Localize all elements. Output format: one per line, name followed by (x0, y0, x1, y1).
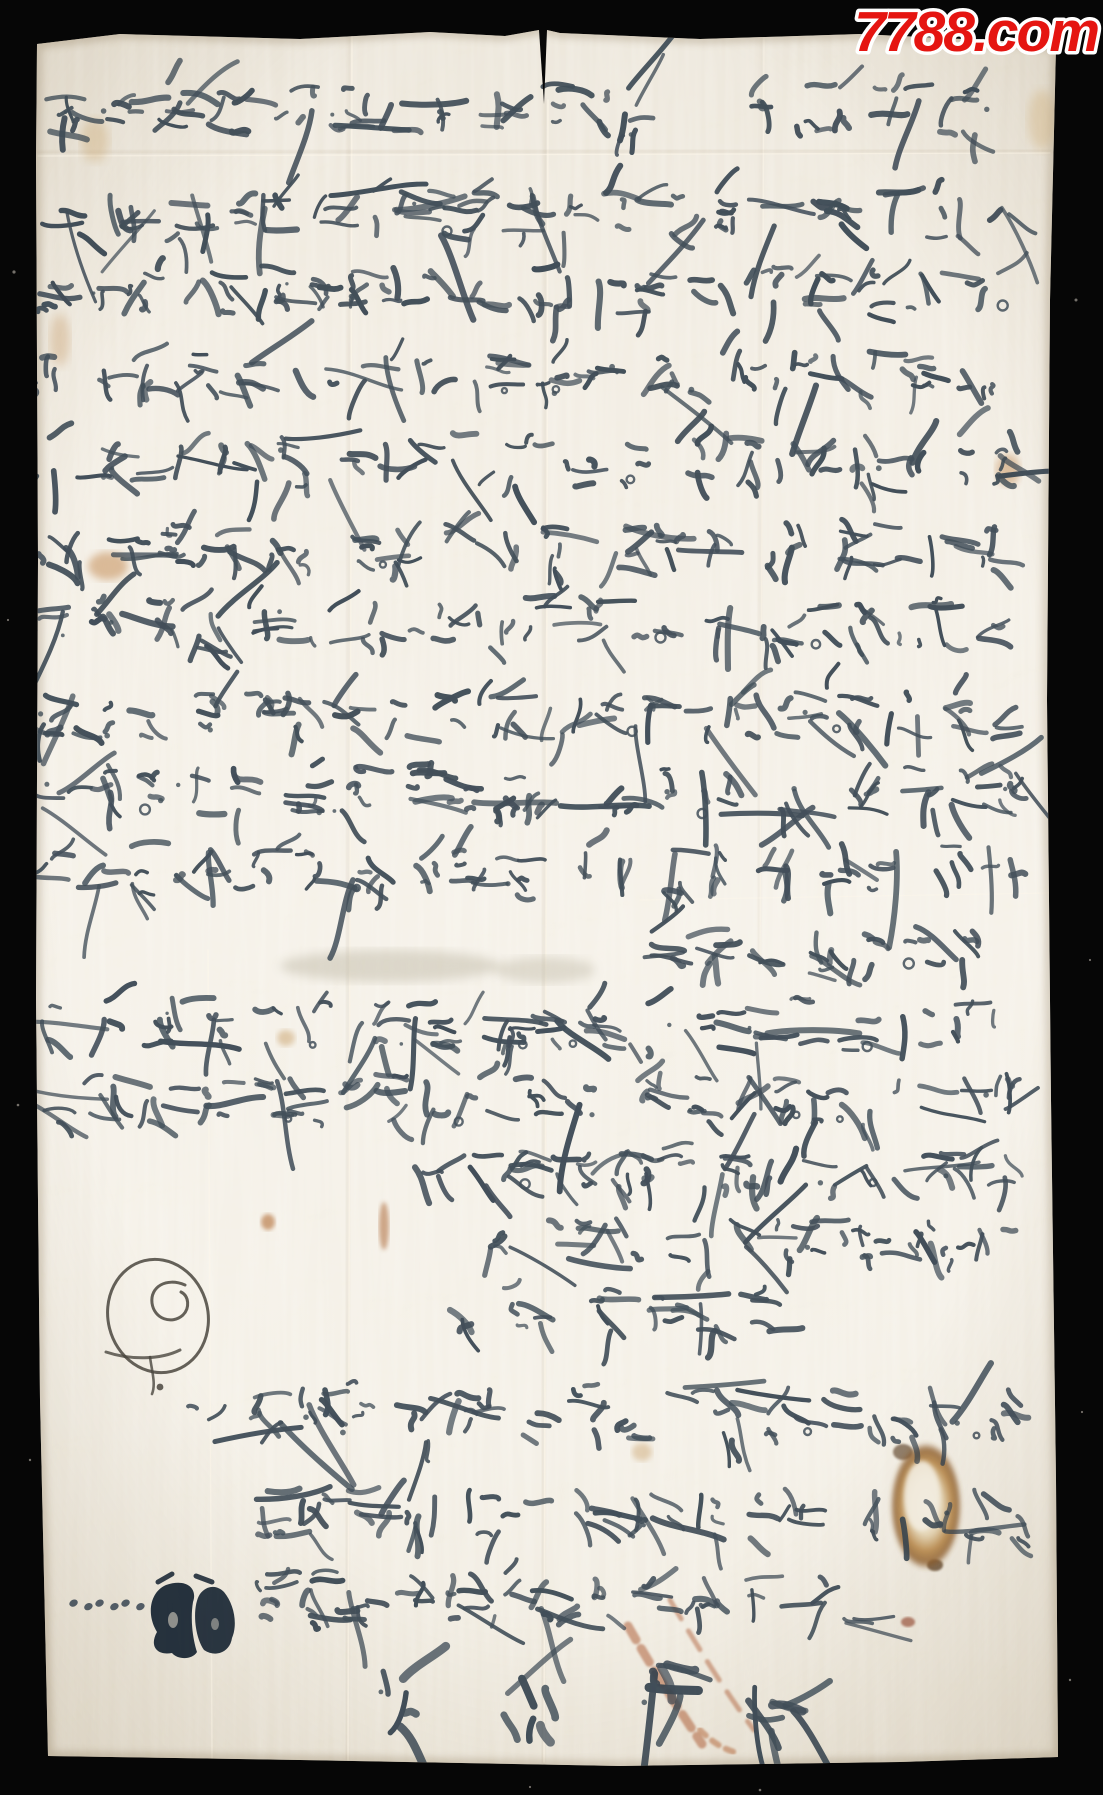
letter-photo: 7788.com (0, 0, 1103, 1795)
photo-canvas: 7788.com (0, 0, 1103, 1795)
watermark: 7788.com (854, 0, 1098, 64)
